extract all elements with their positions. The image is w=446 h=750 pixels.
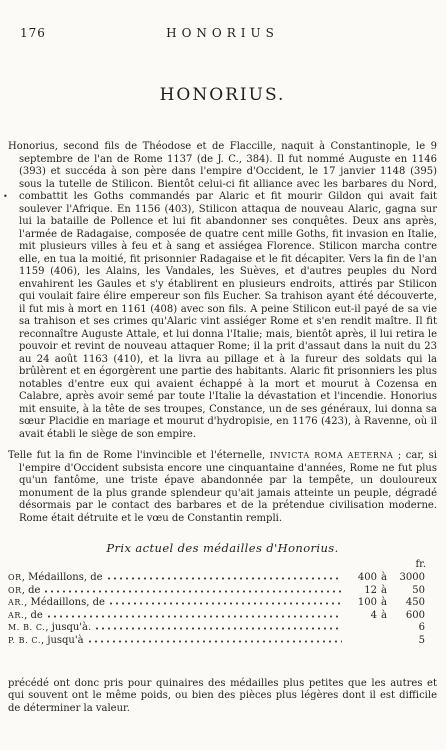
commentary-text-pre: Telle fut la fin de Rome l'invincible et… bbox=[8, 450, 270, 461]
price-separator: à bbox=[377, 585, 391, 598]
dotted-leader bbox=[94, 627, 342, 630]
row-description: , Médaillons, de bbox=[24, 597, 105, 610]
price-high: 50 bbox=[391, 585, 425, 598]
dotted-leader bbox=[43, 590, 342, 593]
row-description: , de bbox=[22, 585, 41, 598]
dotted-leader bbox=[87, 640, 342, 643]
price-low: 4 bbox=[347, 610, 377, 623]
price-row-or-medallions: OR, Médaillons, de 400 à 3000 bbox=[8, 572, 437, 585]
row-description: , jusqu'à bbox=[41, 635, 84, 648]
price-separator: à bbox=[377, 597, 391, 610]
price-low: 100 bbox=[347, 597, 377, 610]
dotted-leader bbox=[106, 577, 342, 580]
running-head: HONORIUS bbox=[8, 26, 437, 40]
latin-motto: INVICTA ROMA AETERNA bbox=[270, 451, 394, 460]
biography-paragraph: Honorius, second fils de Théodose et de … bbox=[8, 141, 437, 441]
dotted-leader bbox=[46, 615, 342, 618]
commentary-paragraph: Telle fut la fin de Rome l'invincible et… bbox=[8, 450, 437, 525]
price-row-pbc: P. B. C., jusqu'à 5 bbox=[8, 635, 437, 648]
price-row-ar: AR., de 4 à 600 bbox=[8, 610, 437, 623]
price-separator: à bbox=[377, 572, 391, 585]
price-row-or: OR, de 12 à 50 bbox=[8, 585, 437, 598]
price-row-ar-medallions: AR., Médaillons, de 100 à 450 bbox=[8, 597, 437, 610]
price-high: 600 bbox=[391, 610, 425, 623]
page-header: 176 HONORIUS bbox=[8, 26, 437, 41]
price-row-mbc: M. B. C., jusqu'à. 6 bbox=[8, 622, 437, 635]
metal-label: OR bbox=[8, 585, 22, 598]
book-page: 176 HONORIUS HONORIUS. • Honorius, secon… bbox=[0, 0, 446, 750]
commentary-text-post: ; car, si l'empire d'Occident subsista e… bbox=[19, 450, 437, 524]
row-description: , de bbox=[24, 610, 43, 623]
price-high: 3000 bbox=[391, 572, 425, 585]
price-low: 12 bbox=[347, 585, 377, 598]
metal-label: P. B. C. bbox=[8, 635, 41, 648]
price-table: OR, Médaillons, de 400 à 3000 OR, de 12 … bbox=[8, 572, 437, 648]
price-high: 5 bbox=[391, 635, 425, 648]
price-high: 450 bbox=[391, 597, 425, 610]
metal-label: AR. bbox=[8, 610, 24, 623]
footnote-continuation-paragraph: précédé ont donc pris pour quinaires des… bbox=[8, 678, 437, 716]
dotted-leader bbox=[108, 602, 342, 605]
metal-label: AR. bbox=[8, 597, 24, 610]
row-description: , Médaillons, de bbox=[22, 572, 103, 585]
price-section-heading: Prix actuel des médailles d'Honorius. bbox=[8, 541, 437, 555]
price-high: 6 bbox=[391, 622, 425, 635]
price-separator: à bbox=[377, 610, 391, 623]
margin-dot-mark: • bbox=[3, 192, 8, 201]
currency-label: fr. bbox=[8, 559, 437, 571]
price-low: 400 bbox=[347, 572, 377, 585]
metal-label: OR bbox=[8, 572, 22, 585]
article-title: HONORIUS. bbox=[8, 85, 437, 105]
metal-label: M. B. C. bbox=[8, 622, 45, 635]
row-description: , jusqu'à. bbox=[45, 622, 91, 635]
